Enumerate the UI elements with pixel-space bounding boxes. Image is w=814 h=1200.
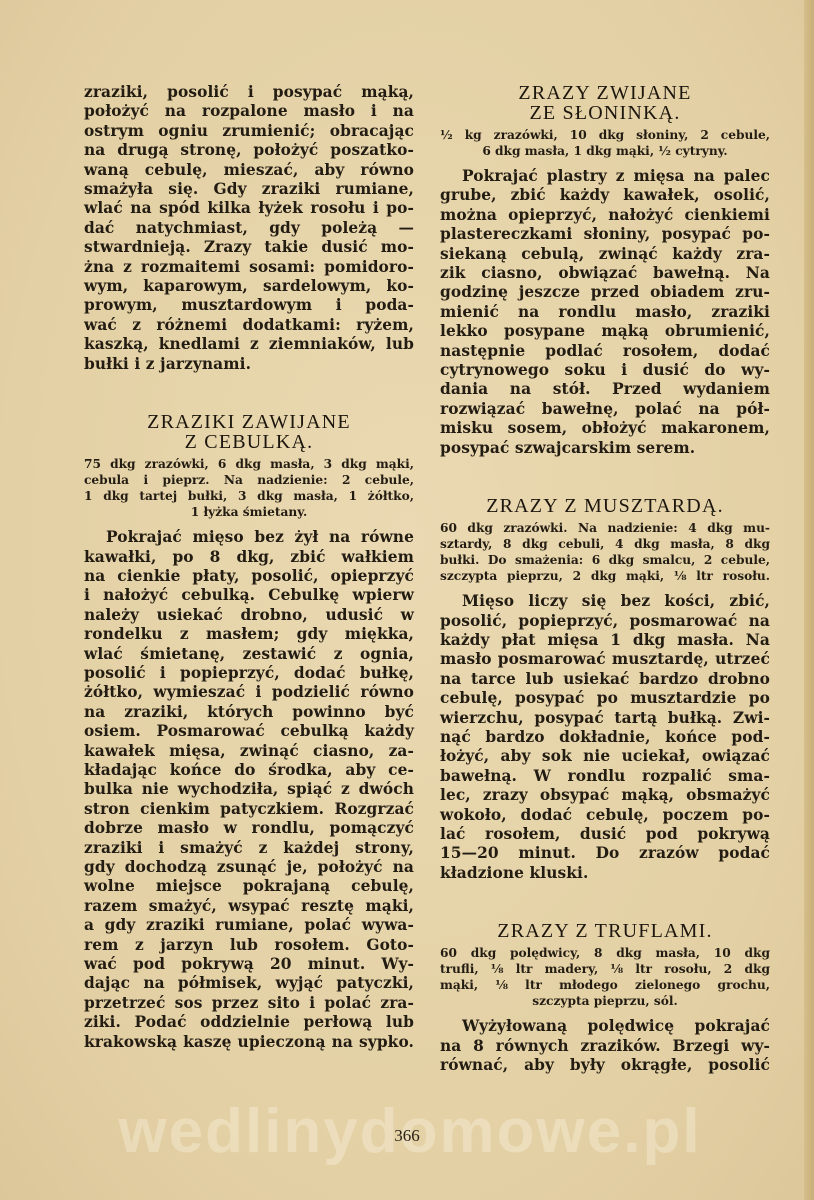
recipe-title-line: ZRAZY Z TRUFLAMI.	[440, 921, 770, 941]
ingredient-line: ½ kg zrazówki, 10 dkg słoniny, 2 cebule,	[440, 127, 770, 143]
recipe-body: Wyżyłowaną polędwicę pokrajaćna 8 równyc…	[440, 1017, 770, 1075]
recipe-zraziki-zawijane: ZRAZIKI ZAWIJANE Z CEBULKĄ. 75 dkg zrazó…	[84, 412, 414, 1052]
recipe-title-line: ZRAZIKI ZAWIJANE	[84, 412, 414, 432]
ingredient-line: 75 dkg zrazówki, 6 dkg masła, 3 dkg mąki…	[84, 456, 414, 472]
text-line: prowym, musztardowym i poda-	[84, 296, 414, 315]
text-line: rem z jarzyn lub rosołem. Goto-	[84, 936, 414, 955]
text-line: smażyła się. Gdy zraziki rumiane,	[84, 180, 414, 199]
text-line: Pokrajać mięso bez żył na równe	[84, 528, 414, 547]
text-line: wać z różnemi dodatkami: ryżem,	[84, 316, 414, 335]
text-line: misku sosem, obłożyć makaronem,	[440, 419, 770, 438]
ingredient-line: bułki. Do smażenia: 6 dkg smalcu, 2 cebu…	[440, 552, 770, 568]
ingredient-line: 1 łyżka śmietany.	[84, 504, 414, 520]
recipe-zrazy-zwijane-ze-sloninka: ZRAZY ZWIJANE ZE SŁONINKĄ. ½ kg zrazówki…	[440, 83, 770, 458]
text-line: posypać szwajcarskim serem.	[440, 439, 770, 458]
recipe-body: Pokrajać mięso bez żył na równekawałki, …	[84, 528, 414, 1052]
ingredient-line: 6 dkg masła, 1 dkg mąki, ½ cytryny.	[440, 143, 770, 159]
text-line: kładzione kluski.	[440, 864, 770, 883]
ingredients: 75 dkg zrazówki, 6 dkg masła, 3 dkg mąki…	[84, 456, 414, 520]
text-line: położyć na rozpalone masło i na	[84, 102, 414, 121]
text-line: bulka nie wychodziła, spiąć z dwóch	[84, 780, 414, 799]
text-line: bawełną. W rondlu rozpalić sma-	[440, 767, 770, 786]
text-line: ostrym ogniu zrumienić; obracając	[84, 122, 414, 141]
text-line: masło posmarować musztardę, utrzeć	[440, 650, 770, 669]
text-line: a gdy zraziki rumiane, polać wywa-	[84, 916, 414, 935]
text-line: razem smażyć, wsypać resztę mąki,	[84, 897, 414, 916]
text-line: bułki i z jarzynami.	[84, 355, 414, 374]
text-line: ziki. Podać oddzielnie perłową lub	[84, 1013, 414, 1032]
text-line: na cienkie płaty, posolić, opieprzyć	[84, 567, 414, 586]
text-line: dając na półmisek, wyjąć patyczki,	[84, 974, 414, 993]
text-line: posolić i popieprzyć, dodać bułkę,	[84, 664, 414, 683]
page-number: 366	[0, 1126, 814, 1146]
text-line: mienić na rondlu masło, zraziki	[440, 303, 770, 322]
text-line: każdy płat mięsa 1 dkg masła. Na	[440, 631, 770, 650]
text-line: na zraziki, których powinno być	[84, 703, 414, 722]
ingredient-line: szczypta pieprzu, 2 dkg mąki, ⅛ ltr roso…	[440, 568, 770, 584]
recipe-zrazy-z-musztarda: ZRAZY Z MUSZTARDĄ. 60 dkg zrazówki. Na n…	[440, 496, 770, 883]
ingredient-line: 60 dkg polędwicy, 8 dkg masła, 10 dkg	[440, 945, 770, 961]
text-line: Mięso liczy się bez kości, zbić,	[440, 592, 770, 611]
text-line: stron cienkim patyczkiem. Rozgrzać	[84, 800, 414, 819]
text-line: równać, aby były okrągłe, posolić	[440, 1056, 770, 1075]
text-line: wać pod pokrywą 20 minut. Wy-	[84, 955, 414, 974]
text-line: wym, kaparowym, sardelowym, ko-	[84, 277, 414, 296]
ingredient-line: trufli, ⅛ ltr madery, ⅛ ltr rosołu, 2 dk…	[440, 961, 770, 977]
text-line: 15—20 minut. Do zrazów podać	[440, 844, 770, 863]
text-line: przetrzeć sos przez sito i polać zra-	[84, 994, 414, 1013]
text-line: żna z rozmaitemi sosami: pomidoro-	[84, 258, 414, 277]
text-line: wierzchu, posypać tartą bułką. Zwi-	[440, 709, 770, 728]
text-line: Pokrajać plastry z mięsa na palec	[440, 167, 770, 186]
text-line: plastereczkami słoniny, posypać po-	[440, 225, 770, 244]
text-line: wolne miejsce pokrajaną cebulę,	[84, 877, 414, 896]
intro-continuation: zraziki, posolić i posypać mąką,położyć …	[84, 83, 414, 374]
ingredient-line: sztardy, 8 dkg cebuli, 4 dkg masła, 8 dk…	[440, 536, 770, 552]
text-line: dania na stół. Przed wydaniem	[440, 380, 770, 399]
recipe-zrazy-z-truflami: ZRAZY Z TRUFLAMI. 60 dkg polędwicy, 8 dk…	[440, 921, 770, 1075]
text-line: lec, zrazy obsypać mąką, obsmażyć	[440, 786, 770, 805]
recipe-body: Pokrajać plastry z mięsa na palecgrube, …	[440, 167, 770, 458]
text-line: na 8 równych zrazików. Brzegi wy-	[440, 1037, 770, 1056]
ingredient-line: mąki, ⅛ ltr młodego zielonego grochu,	[440, 977, 770, 993]
text-line: stwardnieją. Zrazy takie dusić mo-	[84, 238, 414, 257]
text-line: siekaną cebulą, zwinąć każdy zra-	[440, 245, 770, 264]
text-line: cytrynowego soku i dusić do wy-	[440, 361, 770, 380]
right-column: ZRAZY ZWIJANE ZE SŁONINKĄ. ½ kg zrazówki…	[440, 83, 770, 1075]
text-line: żółtko, wymieszać i podzielić równo	[84, 683, 414, 702]
text-line: posolić, popieprzyć, posmarować na	[440, 612, 770, 631]
text-line: lać rosołem, dusić pod pokrywą	[440, 825, 770, 844]
text-line: kawałki, po 8 dkg, zbić wałkiem	[84, 548, 414, 567]
ingredient-line: 1 dkg tartej bułki, 3 dkg masła, 1 żółtk…	[84, 488, 414, 504]
text-line: rondelku z masłem; gdy miękka,	[84, 625, 414, 644]
text-line: następnie podlać rosołem, dodać	[440, 342, 770, 361]
text-line: zraziki i smażyć z każdej strony,	[84, 839, 414, 858]
ingredient-line: cebula i pieprz. Na nadzienie: 2 cebule,	[84, 472, 414, 488]
text-line: na drugą stronę, położyć poszatko-	[84, 141, 414, 160]
recipe-title-line: ZRAZY Z MUSZTARDĄ.	[440, 496, 770, 516]
text-line: dobrze masło w rondlu, pomączyć	[84, 819, 414, 838]
text-line: kładając końce do środka, aby ce-	[84, 761, 414, 780]
text-line: osiem. Posmarować cebulką każdy	[84, 722, 414, 741]
text-line: kaszką, knedlami z ziemniaków, lub	[84, 335, 414, 354]
text-line: zraziki, posolić i posypać mąką,	[84, 83, 414, 102]
ingredient-line: 60 dkg zrazówki. Na nadzienie: 4 dkg mu-	[440, 520, 770, 536]
text-line: dać natychmiast, gdy poleżą —	[84, 219, 414, 238]
left-column: zraziki, posolić i posypać mąką,położyć …	[84, 83, 414, 1052]
text-line: rozwiązać bawełnę, polać na pół-	[440, 400, 770, 419]
text-line: kawałek mięsa, zwinąć ciasno, za-	[84, 742, 414, 761]
ingredient-line: szczypta pieprzu, sól.	[440, 993, 770, 1009]
text-line: nąć bardzo dokładnie, końce pod-	[440, 728, 770, 747]
text-line: i nałożyć cebulką. Cebulkę wpierw	[84, 586, 414, 605]
text-line: należy usiekać drobno, udusić w	[84, 606, 414, 625]
text-line: można opieprzyć, nałożyć cienkiemi	[440, 206, 770, 225]
text-line: waną cebulę, mieszać, aby równo	[84, 161, 414, 180]
text-line: wlać na spód kilka łyżek rosołu i po-	[84, 199, 414, 218]
text-line: na tarce lub usiekać bardzo drobno	[440, 670, 770, 689]
text-line: łożyć, aby sok nie uciekał, owiązać	[440, 747, 770, 766]
text-line: krakowską kaszę upieczoną na sypko.	[84, 1033, 414, 1052]
text-line: grube, zbić każdy kawałek, osolić,	[440, 186, 770, 205]
page-edge	[804, 0, 814, 1200]
recipe-body: Mięso liczy się bez kości, zbić,posolić,…	[440, 592, 770, 883]
text-line: lekko posypane mąką obrumienić,	[440, 322, 770, 341]
text-line: wokoło, dodać cebulę, poczem po-	[440, 806, 770, 825]
text-line: zik ciasno, obwiązać bawełną. Na	[440, 264, 770, 283]
recipe-title-line: ZE SŁONINKĄ.	[440, 103, 770, 123]
recipe-title: ZRAZIKI ZAWIJANE Z CEBULKĄ.	[84, 412, 414, 452]
text-line: wlać śmietanę, zestawić z ognia,	[84, 645, 414, 664]
recipe-title-line: Z CEBULKĄ.	[84, 432, 414, 452]
text-line: Wyżyłowaną polędwicę pokrajać	[440, 1017, 770, 1036]
text-line: godzinę jeszcze przed obiadem zru-	[440, 283, 770, 302]
text-line: gdy dochodzą zsunąć je, położyć na	[84, 858, 414, 877]
recipe-title-line: ZRAZY ZWIJANE	[440, 83, 770, 103]
text-line: cebulę, posypać po musztardzie po	[440, 689, 770, 708]
